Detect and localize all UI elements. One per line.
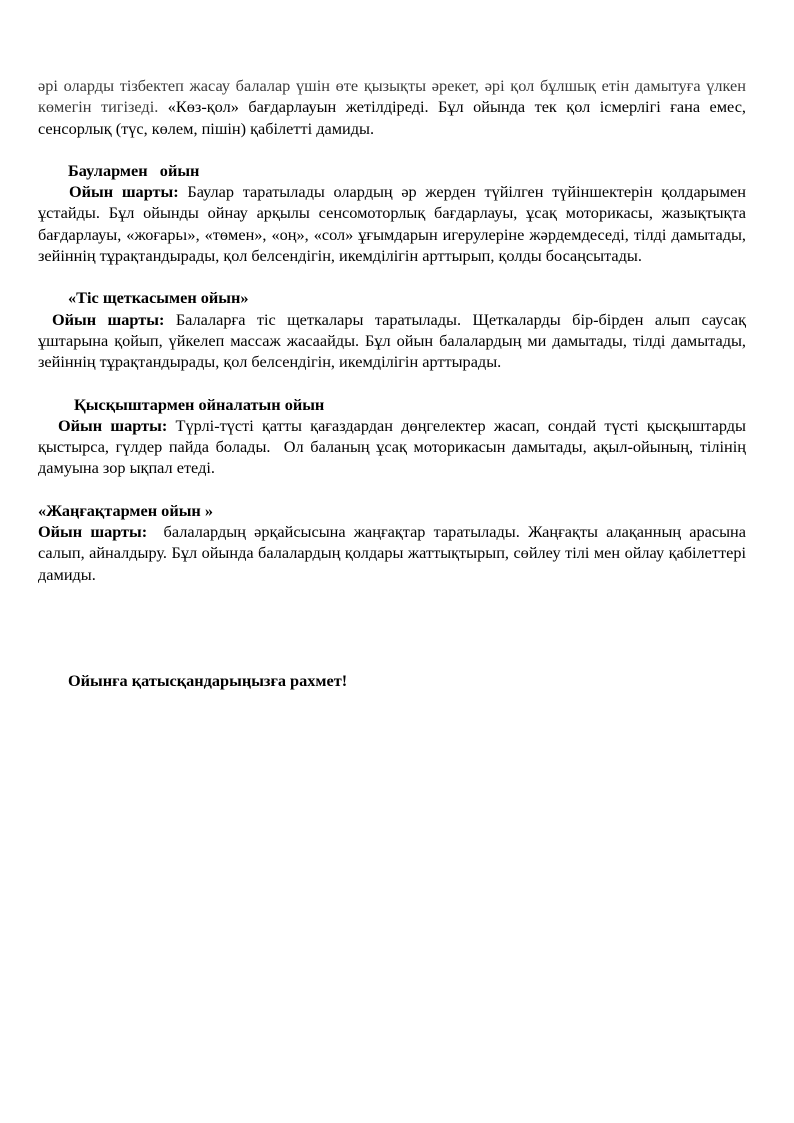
condition-label: Ойын шарты:: [38, 522, 147, 541]
intro-paragraph: әрі оларды тізбектеп жасау балалар үшін …: [38, 75, 746, 139]
condition-label: Ойын шарты:: [69, 182, 179, 201]
closing-thanks: Ойынға қатысқандарыңызға рахмет!: [38, 670, 746, 691]
section-title-nuts: «Жаңғақтармен ойын »: [38, 500, 746, 521]
document-page: әрі оларды тізбектеп жасау балалар үшін …: [38, 75, 746, 691]
condition-label: Ойын шарты:: [58, 416, 167, 435]
section-body-clips: Ойын шарты: Түрлі-түсті қатты қағаздарда…: [38, 415, 746, 479]
section-title-baular: Баулармен ойын: [38, 160, 746, 181]
section-title-clips: Қысқыштармен ойналатын ойын: [38, 394, 746, 415]
section-title-toothbrush: «Тіс щеткасымен ойын»: [38, 287, 746, 308]
condition-label: Ойын шарты:: [52, 310, 164, 329]
section-body-baular: Ойын шарты: Баулар таратылады олардың әр…: [38, 181, 746, 266]
section-body-nuts: Ойын шарты: балалардың әрқайсысына жаңға…: [38, 521, 746, 585]
section-body-toothbrush: Ойын шарты: Балаларға тіс щеткалары тара…: [38, 309, 746, 373]
